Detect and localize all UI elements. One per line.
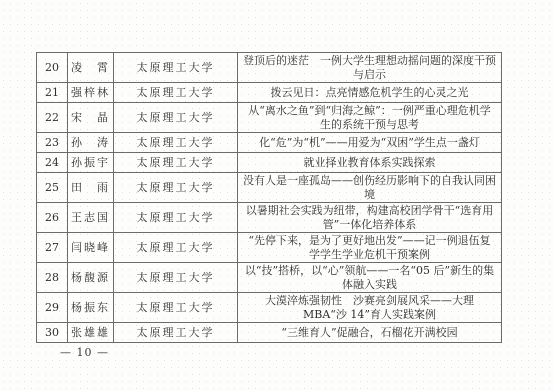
name-cell: 凌 霄 bbox=[68, 53, 114, 83]
table-row: 27 闫晓峰 太原理工大学 “先停下来，是为了更好地出发”——记一例退伍复学学生… bbox=[37, 233, 502, 263]
name-cell: 闫晓峰 bbox=[68, 233, 114, 263]
table-row: 24 孙振宇 太原理工大学 就业择业教育体系实践探索 bbox=[37, 153, 502, 173]
row-number-cell: 29 bbox=[37, 293, 68, 323]
organization-cell: 太原理工大学 bbox=[114, 53, 238, 83]
title-cell: 拨云见日：点亮情感危机学生的心灵之光 bbox=[238, 83, 502, 103]
organization-cell: 太原理工大学 bbox=[114, 83, 238, 103]
awards-list-table: 20 凌 霄 太原理工大学 登顶后的迷茫 一例大学生理想动摇问题的深度干预与启示… bbox=[36, 52, 502, 343]
row-number-cell: 30 bbox=[37, 323, 68, 343]
name-cell: 宋 晶 bbox=[68, 103, 114, 133]
organization-cell: 太原理工大学 bbox=[114, 133, 238, 153]
organization-cell: 太原理工大学 bbox=[114, 153, 238, 173]
title-cell: 没有人是一座孤岛——创伤经历影响下的自我认同困境 bbox=[238, 173, 502, 203]
table-row: 28 杨馥源 太原理工大学 以“技”搭桥，以“心”领航——一名“05 后”新生的… bbox=[37, 263, 502, 293]
row-number-cell: 25 bbox=[37, 173, 68, 203]
name-cell: 强梓林 bbox=[68, 83, 114, 103]
organization-cell: 太原理工大学 bbox=[114, 293, 238, 323]
title-cell: 登顶后的迷茫 一例大学生理想动摇问题的深度干预与启示 bbox=[238, 53, 502, 83]
page-number: — 10 — bbox=[60, 346, 109, 359]
title-cell: 大漠淬炼强韧性 沙赛亮剑展风采——大理 MBA“沙 14”育人实践案例 bbox=[238, 293, 502, 323]
title-cell: 从“离水之鱼”到“归海之鲸”：一例严重心理危机学生的系统干预与思考 bbox=[238, 103, 502, 133]
organization-cell: 太原理工大学 bbox=[114, 173, 238, 203]
scanned-document-page: { "page": { "footer_page_number": "— 10 … bbox=[0, 0, 553, 391]
organization-cell: 太原理工大学 bbox=[114, 103, 238, 133]
title-cell: “三维育人”促融合，石榴花开满校园 bbox=[238, 323, 502, 343]
title-cell: 化“危”为“机”——用爱为“双困”学生点一盏灯 bbox=[238, 133, 502, 153]
row-number-cell: 24 bbox=[37, 153, 68, 173]
row-number-cell: 23 bbox=[37, 133, 68, 153]
organization-cell: 太原理工大学 bbox=[114, 203, 238, 233]
row-number-cell: 20 bbox=[37, 53, 68, 83]
table-row: 29 杨振东 太原理工大学 大漠淬炼强韧性 沙赛亮剑展风采——大理 MBA“沙 … bbox=[37, 293, 502, 323]
name-cell: 杨馥源 bbox=[68, 263, 114, 293]
organization-cell: 太原理工大学 bbox=[114, 323, 238, 343]
title-cell: “先停下来，是为了更好地出发”——记一例退伍复学学生学业危机干预案例 bbox=[238, 233, 502, 263]
table-row: 26 王志国 太原理工大学 以暑期社会实践为纽带，构建高校团学骨干“选育用管”一… bbox=[37, 203, 502, 233]
organization-cell: 太原理工大学 bbox=[114, 263, 238, 293]
table-row: 23 孙 涛 太原理工大学 化“危”为“机”——用爱为“双困”学生点一盏灯 bbox=[37, 133, 502, 153]
title-cell: 以“技”搭桥，以“心”领航——一名“05 后”新生的集体融入实践 bbox=[238, 263, 502, 293]
name-cell: 孙 涛 bbox=[68, 133, 114, 153]
name-cell: 张雄雄 bbox=[68, 323, 114, 343]
table-row: 25 田 雨 太原理工大学 没有人是一座孤岛——创伤经历影响下的自我认同困境 bbox=[37, 173, 502, 203]
row-number-cell: 26 bbox=[37, 203, 68, 233]
title-cell: 以暑期社会实践为纽带，构建高校团学骨干“选育用管”一体化培养体系 bbox=[238, 203, 502, 233]
row-number-cell: 27 bbox=[37, 233, 68, 263]
table-row: 21 强梓林 太原理工大学 拨云见日：点亮情感危机学生的心灵之光 bbox=[37, 83, 502, 103]
name-cell: 王志国 bbox=[68, 203, 114, 233]
table-row: 20 凌 霄 太原理工大学 登顶后的迷茫 一例大学生理想动摇问题的深度干预与启示 bbox=[37, 53, 502, 83]
name-cell: 田 雨 bbox=[68, 173, 114, 203]
organization-cell: 太原理工大学 bbox=[114, 233, 238, 263]
row-number-cell: 22 bbox=[37, 103, 68, 133]
name-cell: 杨振东 bbox=[68, 293, 114, 323]
row-number-cell: 21 bbox=[37, 83, 68, 103]
table-row: 30 张雄雄 太原理工大学 “三维育人”促融合，石榴花开满校园 bbox=[37, 323, 502, 343]
title-cell: 就业择业教育体系实践探索 bbox=[238, 153, 502, 173]
table-row: 22 宋 晶 太原理工大学 从“离水之鱼”到“归海之鲸”：一例严重心理危机学生的… bbox=[37, 103, 502, 133]
row-number-cell: 28 bbox=[37, 263, 68, 293]
name-cell: 孙振宇 bbox=[68, 153, 114, 173]
